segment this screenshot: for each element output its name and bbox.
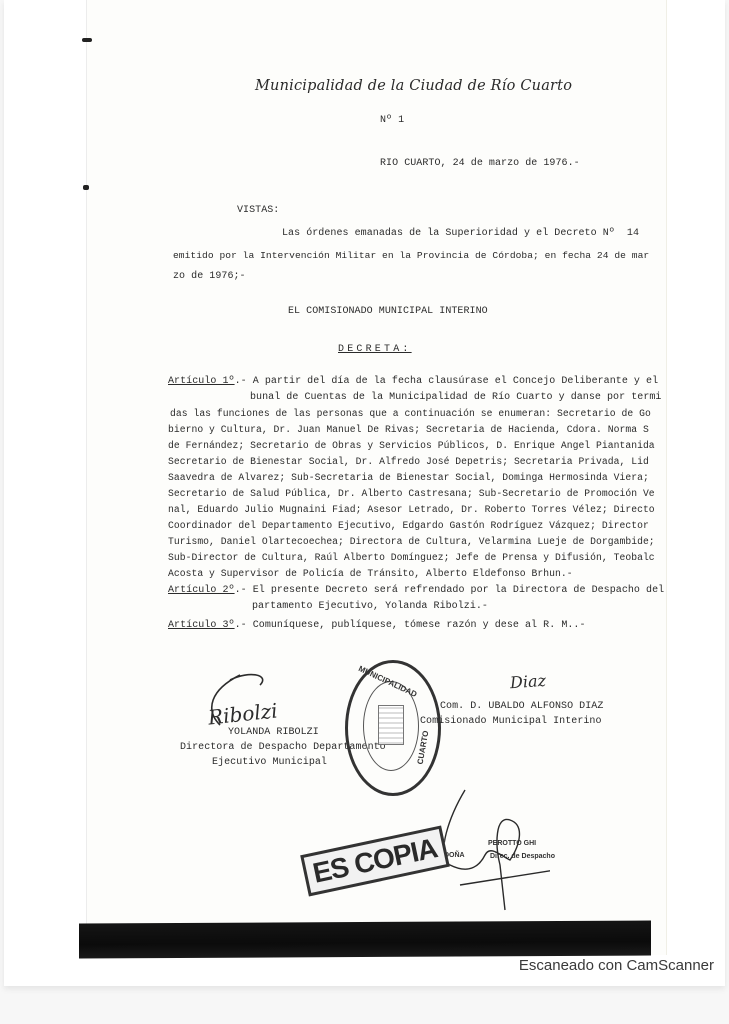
seal-emblem-icon: [378, 705, 404, 745]
article-line: Coordinador del Departamento Ejecutivo, …: [168, 520, 649, 531]
article-line: .- A partir del día de la fecha clausúra…: [235, 376, 659, 387]
vistas-line: Las órdenes emanadas de la Superioridad …: [282, 228, 639, 239]
article-label: Artículo 2º: [168, 585, 235, 596]
signatory-left-title: Ejecutivo Municipal: [212, 757, 327, 768]
signature-flourish-icon: [200, 670, 290, 730]
signatory-right-title: Comisionado Municipal Interino: [420, 716, 602, 727]
signatory-left-name: YOLANDA RIBOLZI: [228, 727, 319, 738]
article-line: bunal de Cuentas de la Municipalidad de …: [250, 392, 661, 403]
article-label: Artículo 1º: [168, 376, 235, 387]
article-line: Secretario de Bienestar Social, Dr. Alfr…: [168, 456, 649, 467]
certifier-signature-icon: [430, 785, 550, 915]
place-date: RIO CUARTO, 24 de marzo de 1976.-: [380, 158, 580, 169]
article-line: .- Comuníquese, publíquese, tómese razón…: [235, 620, 586, 631]
margin-speck: [83, 185, 89, 190]
article-line: Turismo, Daniel Olartecoechea; Directora…: [168, 536, 655, 547]
camscanner-watermark: Escaneado con CamScanner: [519, 957, 714, 974]
certifier-name: PEROTTO GHI: [488, 840, 536, 847]
article-line: bierno y Cultura, Dr. Juan Manuel De Riv…: [168, 424, 649, 435]
vistas-heading: VISTAS:: [237, 205, 279, 216]
article-line: .- El presente Decreto será refrendado p…: [235, 585, 665, 596]
signature-right: Diaz: [509, 671, 546, 692]
decreta-heading: DECRETA:: [338, 344, 412, 355]
article-1: Artículo 1º.- A partir del día de la fec…: [168, 376, 658, 387]
certifier-title: Direc. de Despacho: [490, 853, 555, 860]
municipal-seal: MUNICIPALIDAD CUARTO: [345, 660, 441, 796]
article-line: Acosta y Supervisor de Policía de Tránsi…: [168, 568, 573, 579]
article-line: partamento Ejecutivo, Yolanda Ribolzi.-: [252, 601, 488, 612]
article-3: Artículo 3º.- Comuníquese, publíquese, t…: [168, 620, 586, 631]
article-label: Artículo 3º: [168, 620, 235, 631]
authority-heading: EL COMISIONADO MUNICIPAL INTERINO: [288, 306, 488, 317]
article-line: nal, Eduardo Julio Mugnaini Fiad; Asesor…: [168, 504, 655, 515]
signatory-right-name: Com. D. UBALDO ALFONSO DIAZ: [440, 701, 603, 712]
article-line: Secretario de Salud Pública, Dr. Alberto…: [168, 488, 655, 499]
vistas-line: emitido por la Intervención Militar en l…: [173, 250, 649, 261]
decree-number: Nº 1: [380, 115, 404, 126]
article-line: das las funciones de las personas que a …: [170, 408, 651, 419]
article-2: Artículo 2º.- El presente Decreto será r…: [168, 585, 664, 596]
letterhead: Municipalidad de la Ciudad de Río Cuarto: [255, 78, 572, 94]
article-line: Saavedra de Alvarez; Sub-Secretaria de B…: [168, 472, 649, 483]
scan-edge-band: [79, 921, 651, 959]
article-line: de Fernández; Secretario de Obras y Serv…: [168, 440, 655, 451]
vistas-line: zo de 1976;-: [173, 271, 246, 282]
article-line: Sub-Director de Cultura, Raúl Alberto Do…: [168, 552, 655, 563]
margin-speck: [82, 38, 92, 42]
